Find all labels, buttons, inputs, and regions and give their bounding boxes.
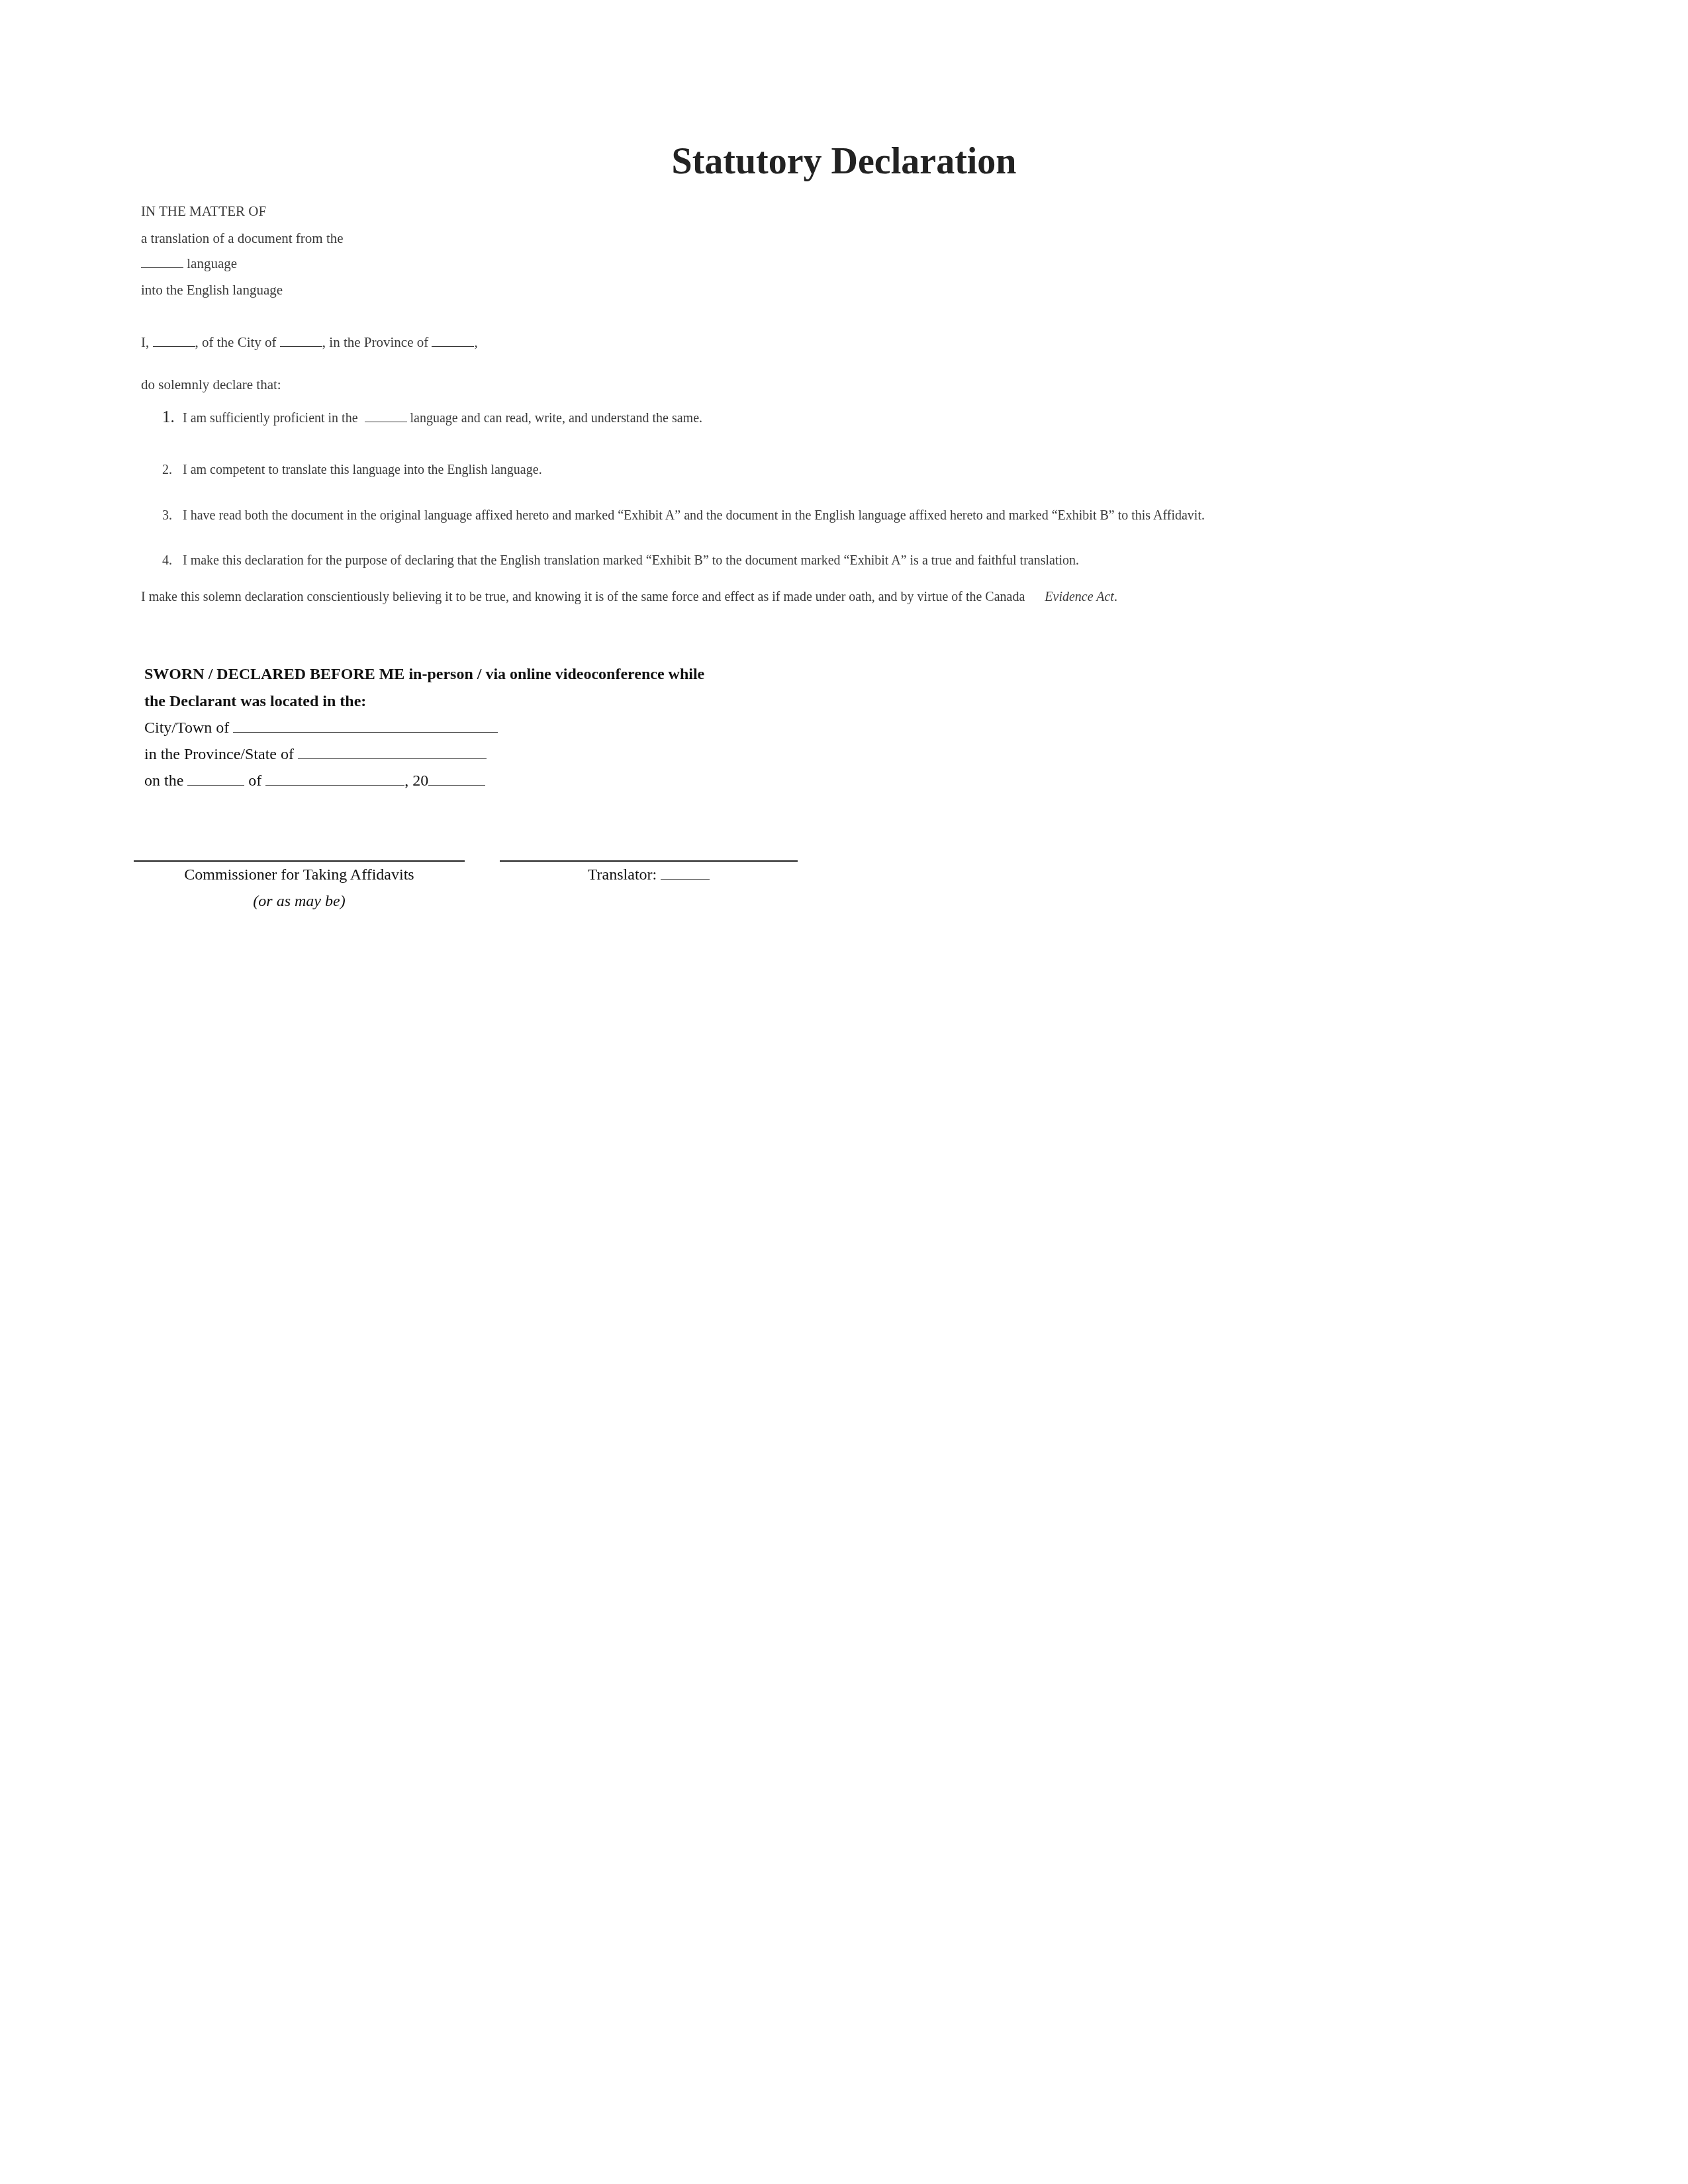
declarant-province-blank[interactable] [432, 345, 474, 347]
sworn-line-2: the Declarant was located in the: [144, 694, 366, 709]
language-suffix: language [187, 255, 237, 271]
matter-line-3: language [141, 257, 237, 271]
commissioner-label: Commissioner for Taking Affidavits [134, 867, 465, 883]
city-town-label: City/Town of [144, 719, 229, 737]
declarant-prefix: I, [141, 334, 149, 350]
commissioner-signature-line[interactable] [134, 860, 465, 862]
translator-signature-line[interactable] [500, 860, 798, 862]
item-text: I am competent to translate this languag… [183, 463, 542, 477]
item-number: 4. [162, 554, 183, 567]
item-number: 1. [162, 409, 183, 426]
act-name: Evidence Act [1045, 590, 1114, 604]
sworn-line-1: SWORN / DECLARED BEFORE ME in-person / v… [144, 666, 704, 682]
closing-text: I make this solemn declaration conscient… [141, 590, 1025, 604]
province-state-label: in the Province/State of [144, 746, 294, 763]
declaration-item-3: 3.I have read both the document in the o… [162, 509, 1205, 522]
item-text-after: language and can read, write, and unders… [410, 411, 702, 426]
item-text: I make this declaration for the purpose … [183, 553, 1079, 568]
declaration-item-1: 1.I am sufficiently proficient in the la… [162, 409, 702, 426]
date-on-label: on the [144, 772, 183, 790]
declare-intro: do solemnly declare that: [141, 378, 281, 392]
translator-label: Translator: [588, 866, 657, 884]
declarant-name-blank[interactable] [153, 345, 195, 347]
declaration-item-2: 2.I am competent to translate this langu… [162, 463, 542, 477]
matter-line-2: a translation of a document from the [141, 232, 344, 246]
year-prefix: , 20 [404, 772, 428, 790]
source-language-blank[interactable] [141, 267, 183, 268]
month-blank[interactable] [265, 784, 404, 786]
item-text: I am sufficiently proficient in the [183, 411, 358, 426]
translator-name-blank[interactable] [661, 878, 710, 880]
province-state-line: in the Province/State of [144, 747, 487, 762]
page-title: Statutory Declaration [0, 140, 1688, 183]
translator-line: Translator: [500, 867, 798, 883]
matter-heading: IN THE MATTER OF [141, 205, 266, 218]
item-text: I have read both the document in the ori… [183, 508, 1205, 523]
commissioner-note: (or as may be) [134, 893, 465, 909]
item-number: 2. [162, 463, 183, 477]
proficient-language-blank[interactable] [365, 421, 407, 422]
province-prefix: , in the Province of [322, 334, 428, 350]
city-town-line: City/Town of [144, 720, 498, 736]
declarant-line: I, , of the City of , in the Province of… [141, 336, 478, 349]
item-number: 3. [162, 509, 183, 522]
matter-line-4: into the English language [141, 283, 283, 297]
declaration-item-4: 4.I make this declaration for the purpos… [162, 554, 1079, 567]
province-state-blank[interactable] [298, 758, 487, 759]
date-of-label: of [248, 772, 261, 790]
year-blank[interactable] [428, 784, 485, 786]
closing-end: . [1114, 590, 1117, 604]
city-town-blank[interactable] [233, 731, 498, 733]
city-prefix: , of the City of [195, 334, 277, 350]
day-blank[interactable] [187, 784, 244, 786]
closing-statement: I make this solemn declaration conscient… [141, 590, 1117, 604]
declarant-city-blank[interactable] [280, 345, 322, 347]
declarant-suffix: , [474, 334, 477, 350]
date-line: on the of , 20 [144, 773, 485, 789]
